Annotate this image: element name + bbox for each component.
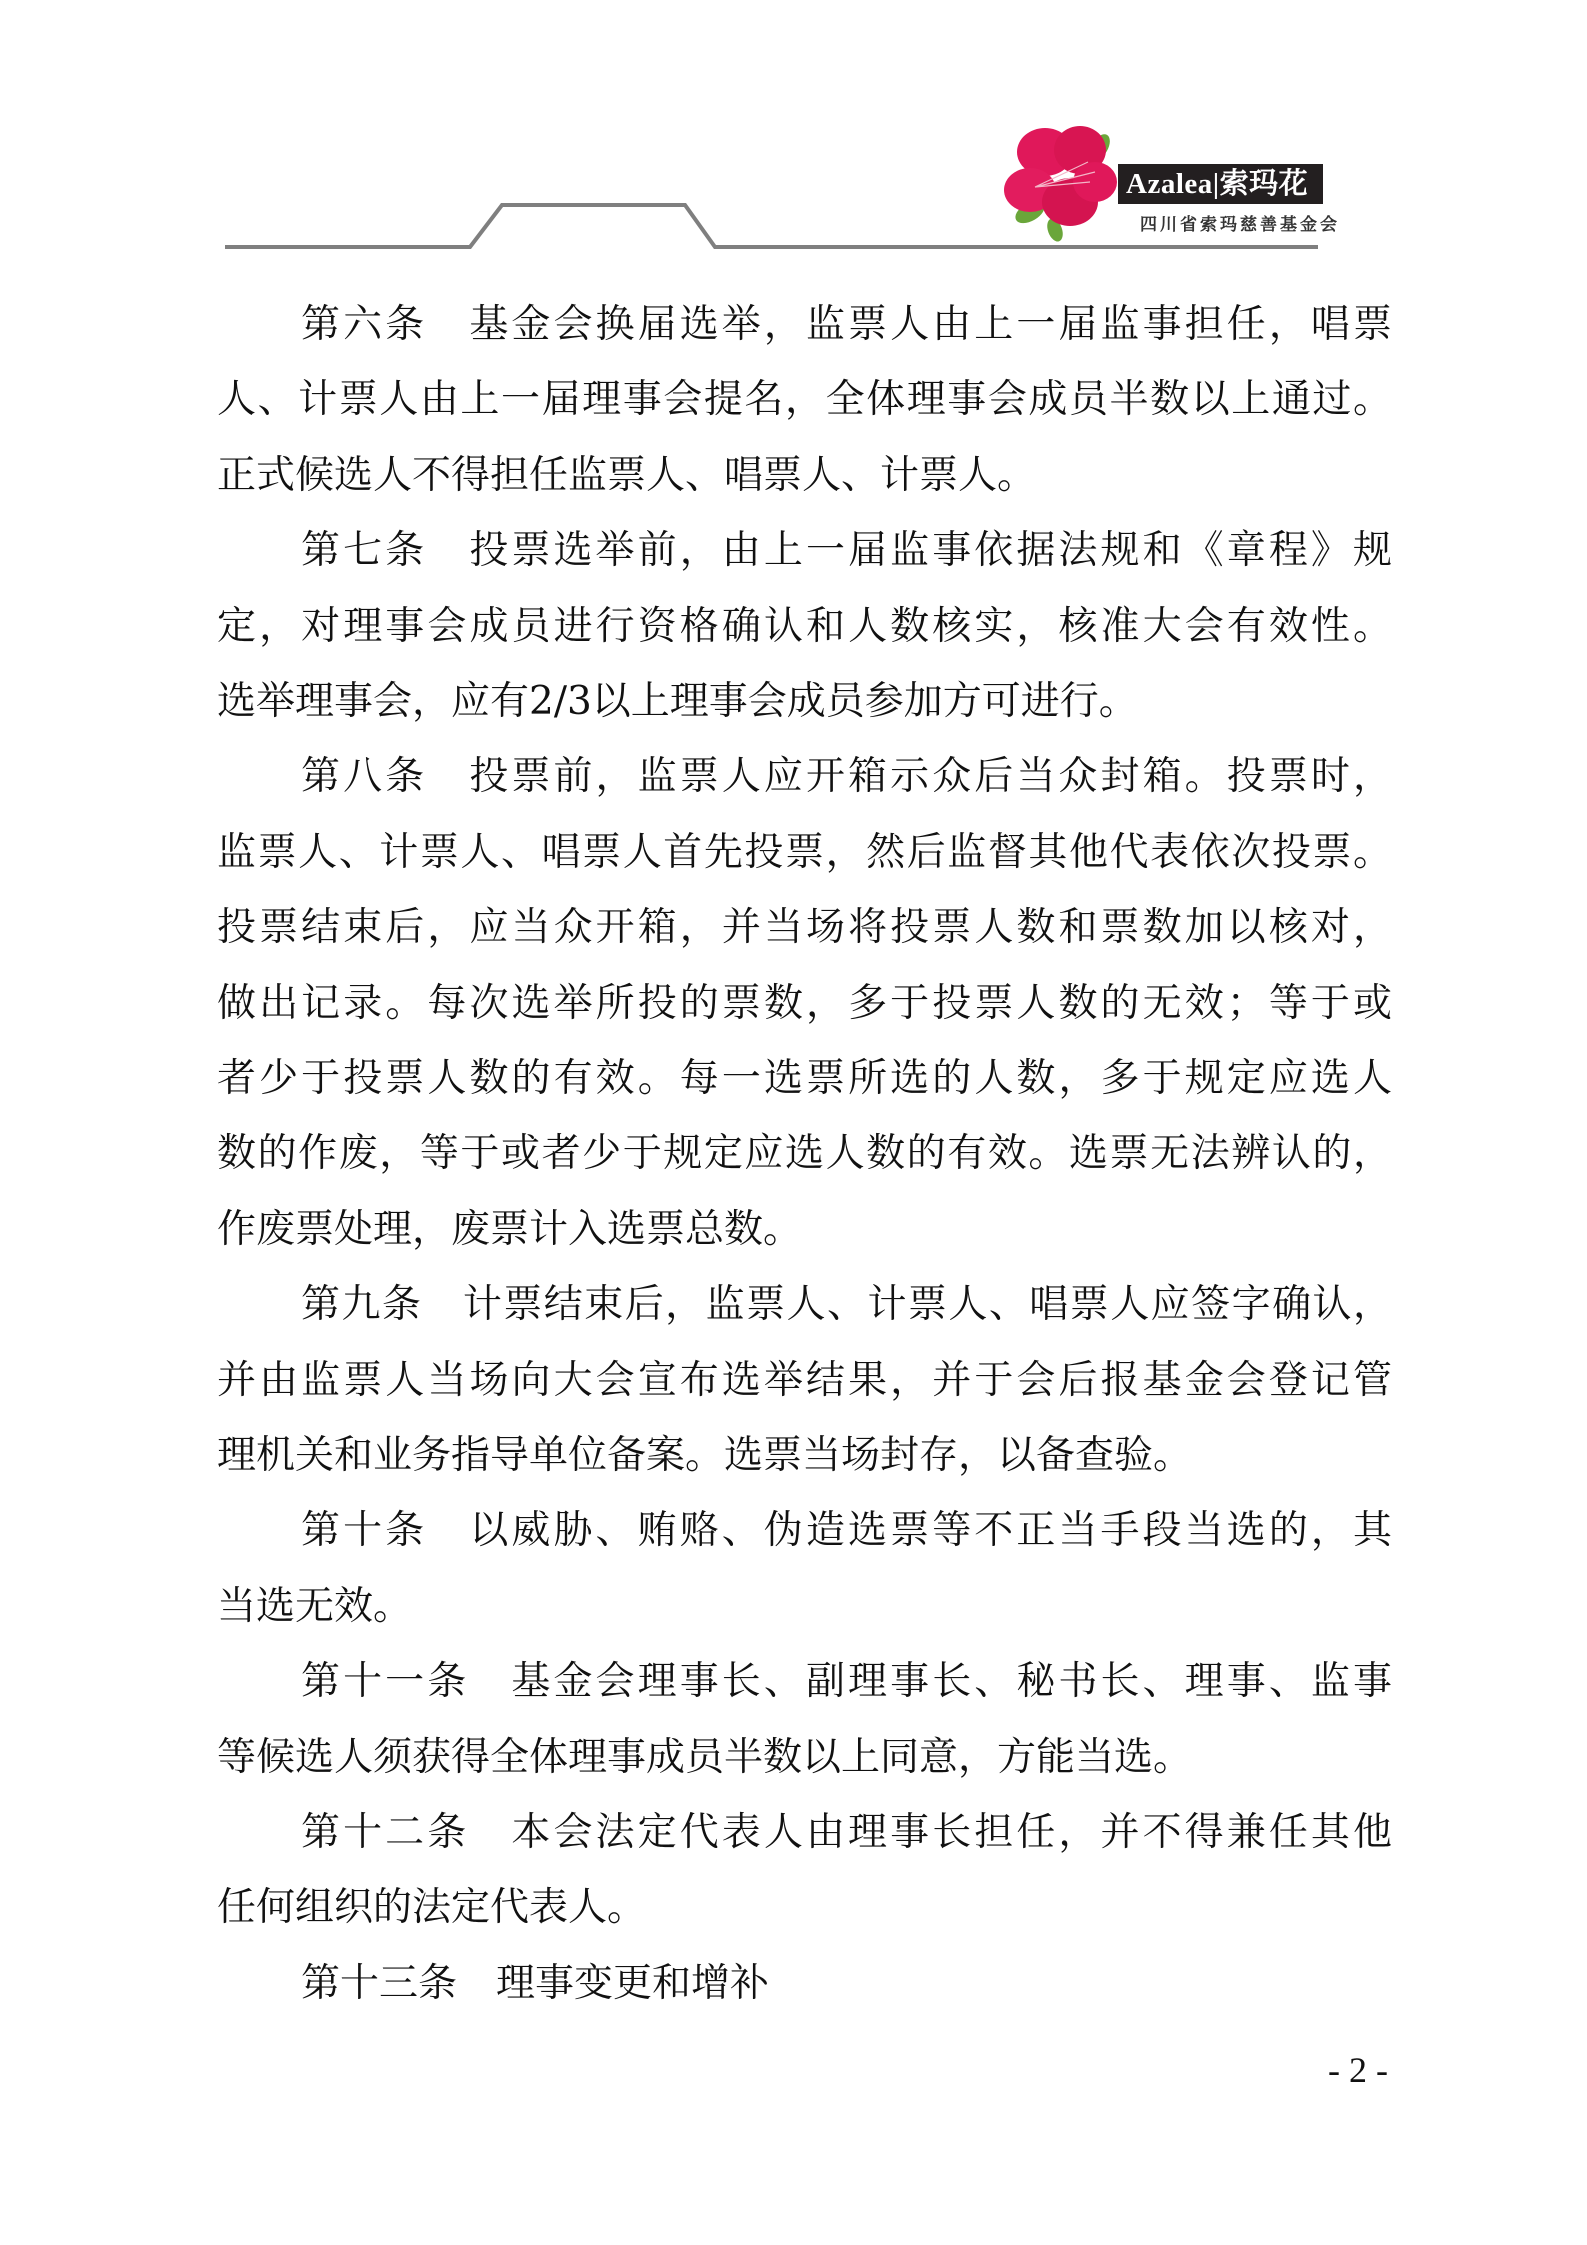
text-line: 人、计票人由上一届理事会提名，全体理事会成员半数以上通过。: [217, 370, 1392, 430]
text-line: 正式候选人不得担任监票人、唱票人、计票人。: [217, 446, 1392, 506]
text-line: 任何组织的法定代表人。: [217, 1878, 1392, 1938]
foundation-logo: Azalea|索玛花 四川省索玛慈善基金会: [1000, 112, 1330, 242]
text-line: 第十一条 基金会理事长、副理事长、秘书长、理事、监事: [217, 1652, 1392, 1712]
text-line: 等候选人须获得全体理事成员半数以上同意，方能当选。: [217, 1728, 1392, 1788]
text-line: 当选无效。: [217, 1577, 1392, 1637]
text-line: 并由监票人当场向大会宣布选举结果，并于会后报基金会登记管: [217, 1351, 1392, 1411]
text-line: 作废票处理，废票计入选票总数。: [217, 1200, 1392, 1260]
text-line: 第六条 基金会换届选举，监票人由上一届监事担任，唱票: [217, 295, 1392, 355]
text-line: 第十条 以威胁、贿赂、伪造选票等不正当手段当选的，其: [217, 1501, 1392, 1561]
logo-title: Azalea|索玛花: [1126, 166, 1308, 202]
text-line: 监票人、计票人、唱票人首先投票，然后监督其他代表依次投票。: [217, 823, 1392, 883]
text-line: 做出记录。每次选举所投的票数，多于投票人数的无效；等于或: [217, 974, 1392, 1034]
text-line: 第八条 投票前，监票人应开箱示众后当众封箱。投票时，: [217, 747, 1392, 807]
text-line: 第七条 投票选举前，由上一届监事依据法规和《章程》规: [217, 521, 1392, 581]
header-rule: [0, 0, 1587, 260]
text-line: 理机关和业务指导单位备案。选票当场封存，以备查验。: [217, 1426, 1392, 1486]
text-line: 者少于投票人数的有效。每一选票所选的人数，多于规定应选人: [217, 1049, 1392, 1109]
text-line: 投票结束后，应当众开箱，并当场将投票人数和票数加以核对，: [217, 898, 1392, 958]
text-line: 定，对理事会成员进行资格确认和人数核实，核准大会有效性。: [217, 597, 1392, 657]
text-line: 第十二条 本会法定代表人由理事长担任，并不得兼任其他: [217, 1803, 1392, 1863]
text-line: 选举理事会，应有2/3以上理事会成员参加方可进行。: [217, 672, 1392, 732]
azalea-flower-icon: [1000, 112, 1130, 242]
logo-subtitle: 四川省索玛慈善基金会: [1140, 210, 1340, 235]
text-line: 数的作废，等于或者少于规定应选人数的有效。选票无法辨认的，: [217, 1124, 1392, 1184]
text-line: 第九条 计票结束后，监票人、计票人、唱票人应签字确认，: [217, 1275, 1392, 1335]
page-number: - 2 -: [1328, 2050, 1388, 2090]
text-line: 第十三条 理事变更和增补: [217, 1954, 1392, 2014]
